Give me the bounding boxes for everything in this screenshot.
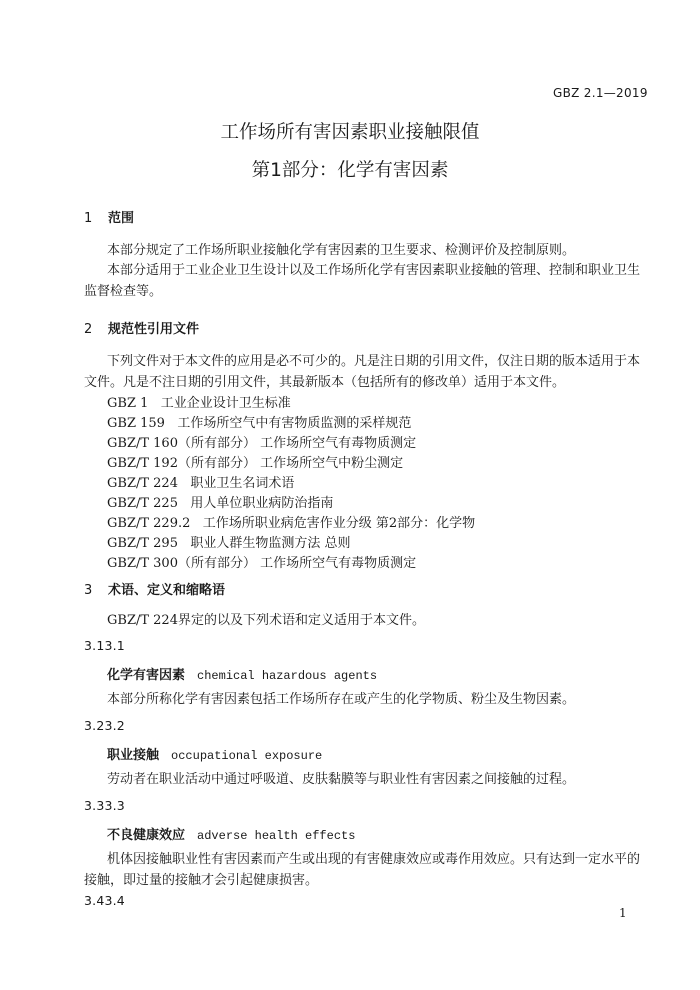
- reference-item: GBZ/T 229.2 工作场所职业病危害作业分级 第2部分：化学物: [107, 512, 475, 531]
- section-number: 1: [84, 211, 108, 226]
- reference-item: GBZ/T 300（所有部分） 工作场所空气有毒物质测定: [107, 552, 416, 571]
- term-zh: 职业接触: [107, 748, 159, 763]
- section-heading-terms: 3术语、定义和缩略语: [84, 579, 225, 598]
- reference-item: GBZ/T 160（所有部分） 工作场所空气有毒物质测定: [107, 432, 416, 451]
- term-heading: 不良健康效应adverse health effects: [107, 824, 355, 843]
- term-en: chemical hazardous agents: [197, 669, 377, 683]
- page-number: 1: [619, 906, 627, 920]
- section-number: 3: [84, 583, 108, 598]
- clause-number: 3.23.2: [84, 718, 125, 733]
- document-subtitle: 第1部分：化学有害因素: [0, 156, 700, 182]
- term-definition: 本部分所称化学有害因素包括工作场所存在或产生的化学物质、粉尘及生物因素。: [84, 690, 640, 711]
- term-en: adverse health effects: [197, 829, 355, 843]
- section-number: 2: [84, 322, 108, 337]
- section-heading-normative-references: 2规范性引用文件: [84, 318, 199, 337]
- section-title: 范围: [108, 211, 134, 226]
- reference-item: GBZ 1 工业企业设计卫生标准: [107, 392, 291, 411]
- term-zh: 化学有害因素: [107, 668, 185, 683]
- section-title: 规范性引用文件: [108, 322, 199, 337]
- document-title: 工作场所有害因素职业接触限值: [0, 118, 700, 144]
- standard-code: GBZ 2.1—2019: [553, 86, 648, 100]
- references-intro: 下列文件对于本文件的应用是必不可少的。凡是注日期的引用文件，仅注日期的版本适用于…: [84, 352, 640, 393]
- reference-item: GBZ/T 192（所有部分） 工作场所空气中粉尘测定: [107, 452, 403, 471]
- reference-item: GBZ/T 225 用人单位职业病防治指南: [107, 492, 333, 511]
- term-heading: 职业接触occupational exposure: [107, 744, 322, 763]
- scope-paragraph-1: 本部分规定了工作场所职业接触化学有害因素的卫生要求、检测评价及控制原则。: [84, 241, 640, 262]
- terms-intro: GBZ/T 224界定的以及下列术语和定义适用于本文件。: [84, 611, 640, 632]
- scope-paragraph-2: 本部分适用于工业企业卫生设计以及工作场所化学有害因素职业接触的管理、控制和职业卫…: [84, 261, 640, 302]
- term-definition: 机体因接触职业性有害因素而产生或出现的有害健康效应或毒作用效应。只有达到一定水平…: [84, 850, 640, 891]
- term-heading: 化学有害因素chemical hazardous agents: [107, 664, 377, 683]
- reference-item: GBZ 159 工作场所空气中有害物质监测的采样规范: [107, 412, 411, 431]
- clause-number: 3.43.4: [84, 893, 125, 908]
- clause-number: 3.33.3: [84, 798, 125, 813]
- term-en: occupational exposure: [171, 749, 322, 763]
- term-definition: 劳动者在职业活动中通过呼吸道、皮肤黏膜等与职业性有害因素之间接触的过程。: [84, 770, 640, 791]
- term-zh: 不良健康效应: [107, 828, 185, 843]
- reference-item: GBZ/T 295 职业人群生物监测方法 总则: [107, 532, 351, 551]
- section-heading-scope: 1范围: [84, 207, 134, 226]
- reference-item: GBZ/T 224 职业卫生名词术语: [107, 472, 294, 491]
- clause-number: 3.13.1: [84, 638, 125, 653]
- section-title: 术语、定义和缩略语: [108, 583, 225, 598]
